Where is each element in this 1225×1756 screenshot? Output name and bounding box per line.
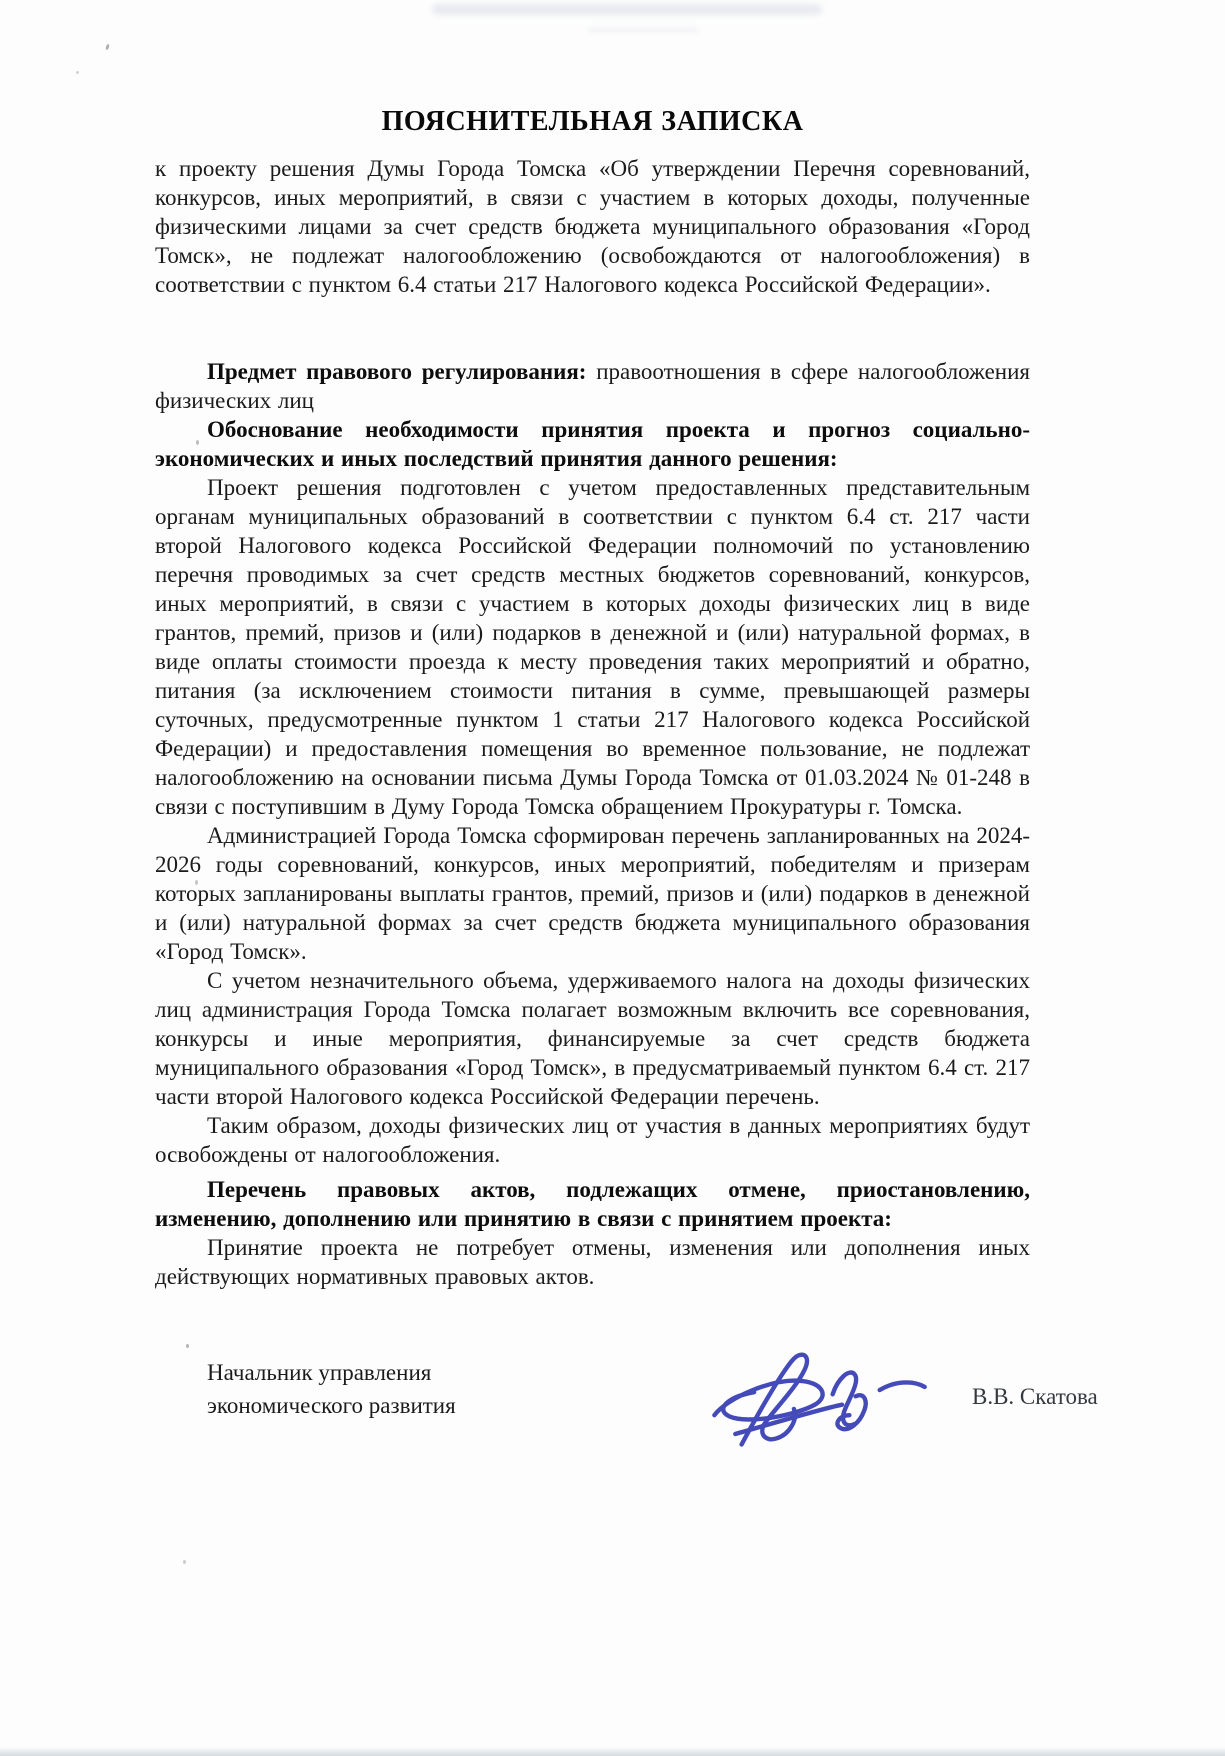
lead-paragraph: к проекту решения Думы Города Томска «Об… xyxy=(155,154,1030,299)
document-body: ПОЯСНИТЕЛЬНАЯ ЗАПИСКА к проекту решения … xyxy=(155,0,1030,1291)
body-paragraph: Администрацией Города Томска сформирован… xyxy=(155,821,1030,966)
scan-bottom-edge xyxy=(0,1747,1225,1756)
document-page: ПОЯСНИТЕЛЬНАЯ ЗАПИСКА к проекту решения … xyxy=(0,0,1225,1756)
subject-paragraph: Предмет правового регулирования: правоот… xyxy=(155,357,1030,415)
acts-heading: Перечень правовых актов, подлежащих отме… xyxy=(155,1175,1030,1233)
document-title: ПОЯСНИТЕЛЬНАЯ ЗАПИСКА xyxy=(155,104,1030,140)
signatory-name: В.В. Скатова xyxy=(972,1382,1098,1411)
handwritten-signature-icon xyxy=(706,1350,931,1450)
scan-speck xyxy=(76,71,79,74)
signatory-role-line1: Начальник управления xyxy=(207,1356,456,1389)
scan-speck xyxy=(183,1560,186,1564)
body-paragraph: Проект решения подготовлен с учетом пред… xyxy=(155,473,1030,821)
scan-speck xyxy=(105,44,110,51)
subject-heading: Предмет правового регулирования: xyxy=(207,359,586,384)
acts-paragraph: Принятие проекта не потребует отмены, из… xyxy=(155,1233,1030,1291)
signatory-role: Начальник управления экономического разв… xyxy=(207,1356,456,1422)
justification-heading: Обоснование необходимости принятия проек… xyxy=(155,415,1030,473)
body-paragraph: Таким образом, доходы физических лиц от … xyxy=(155,1111,1030,1169)
body-paragraph: С учетом незначительного объема, удержив… xyxy=(155,966,1030,1111)
scan-speck xyxy=(186,1344,189,1348)
signatory-role-line2: экономического развития xyxy=(207,1389,456,1422)
